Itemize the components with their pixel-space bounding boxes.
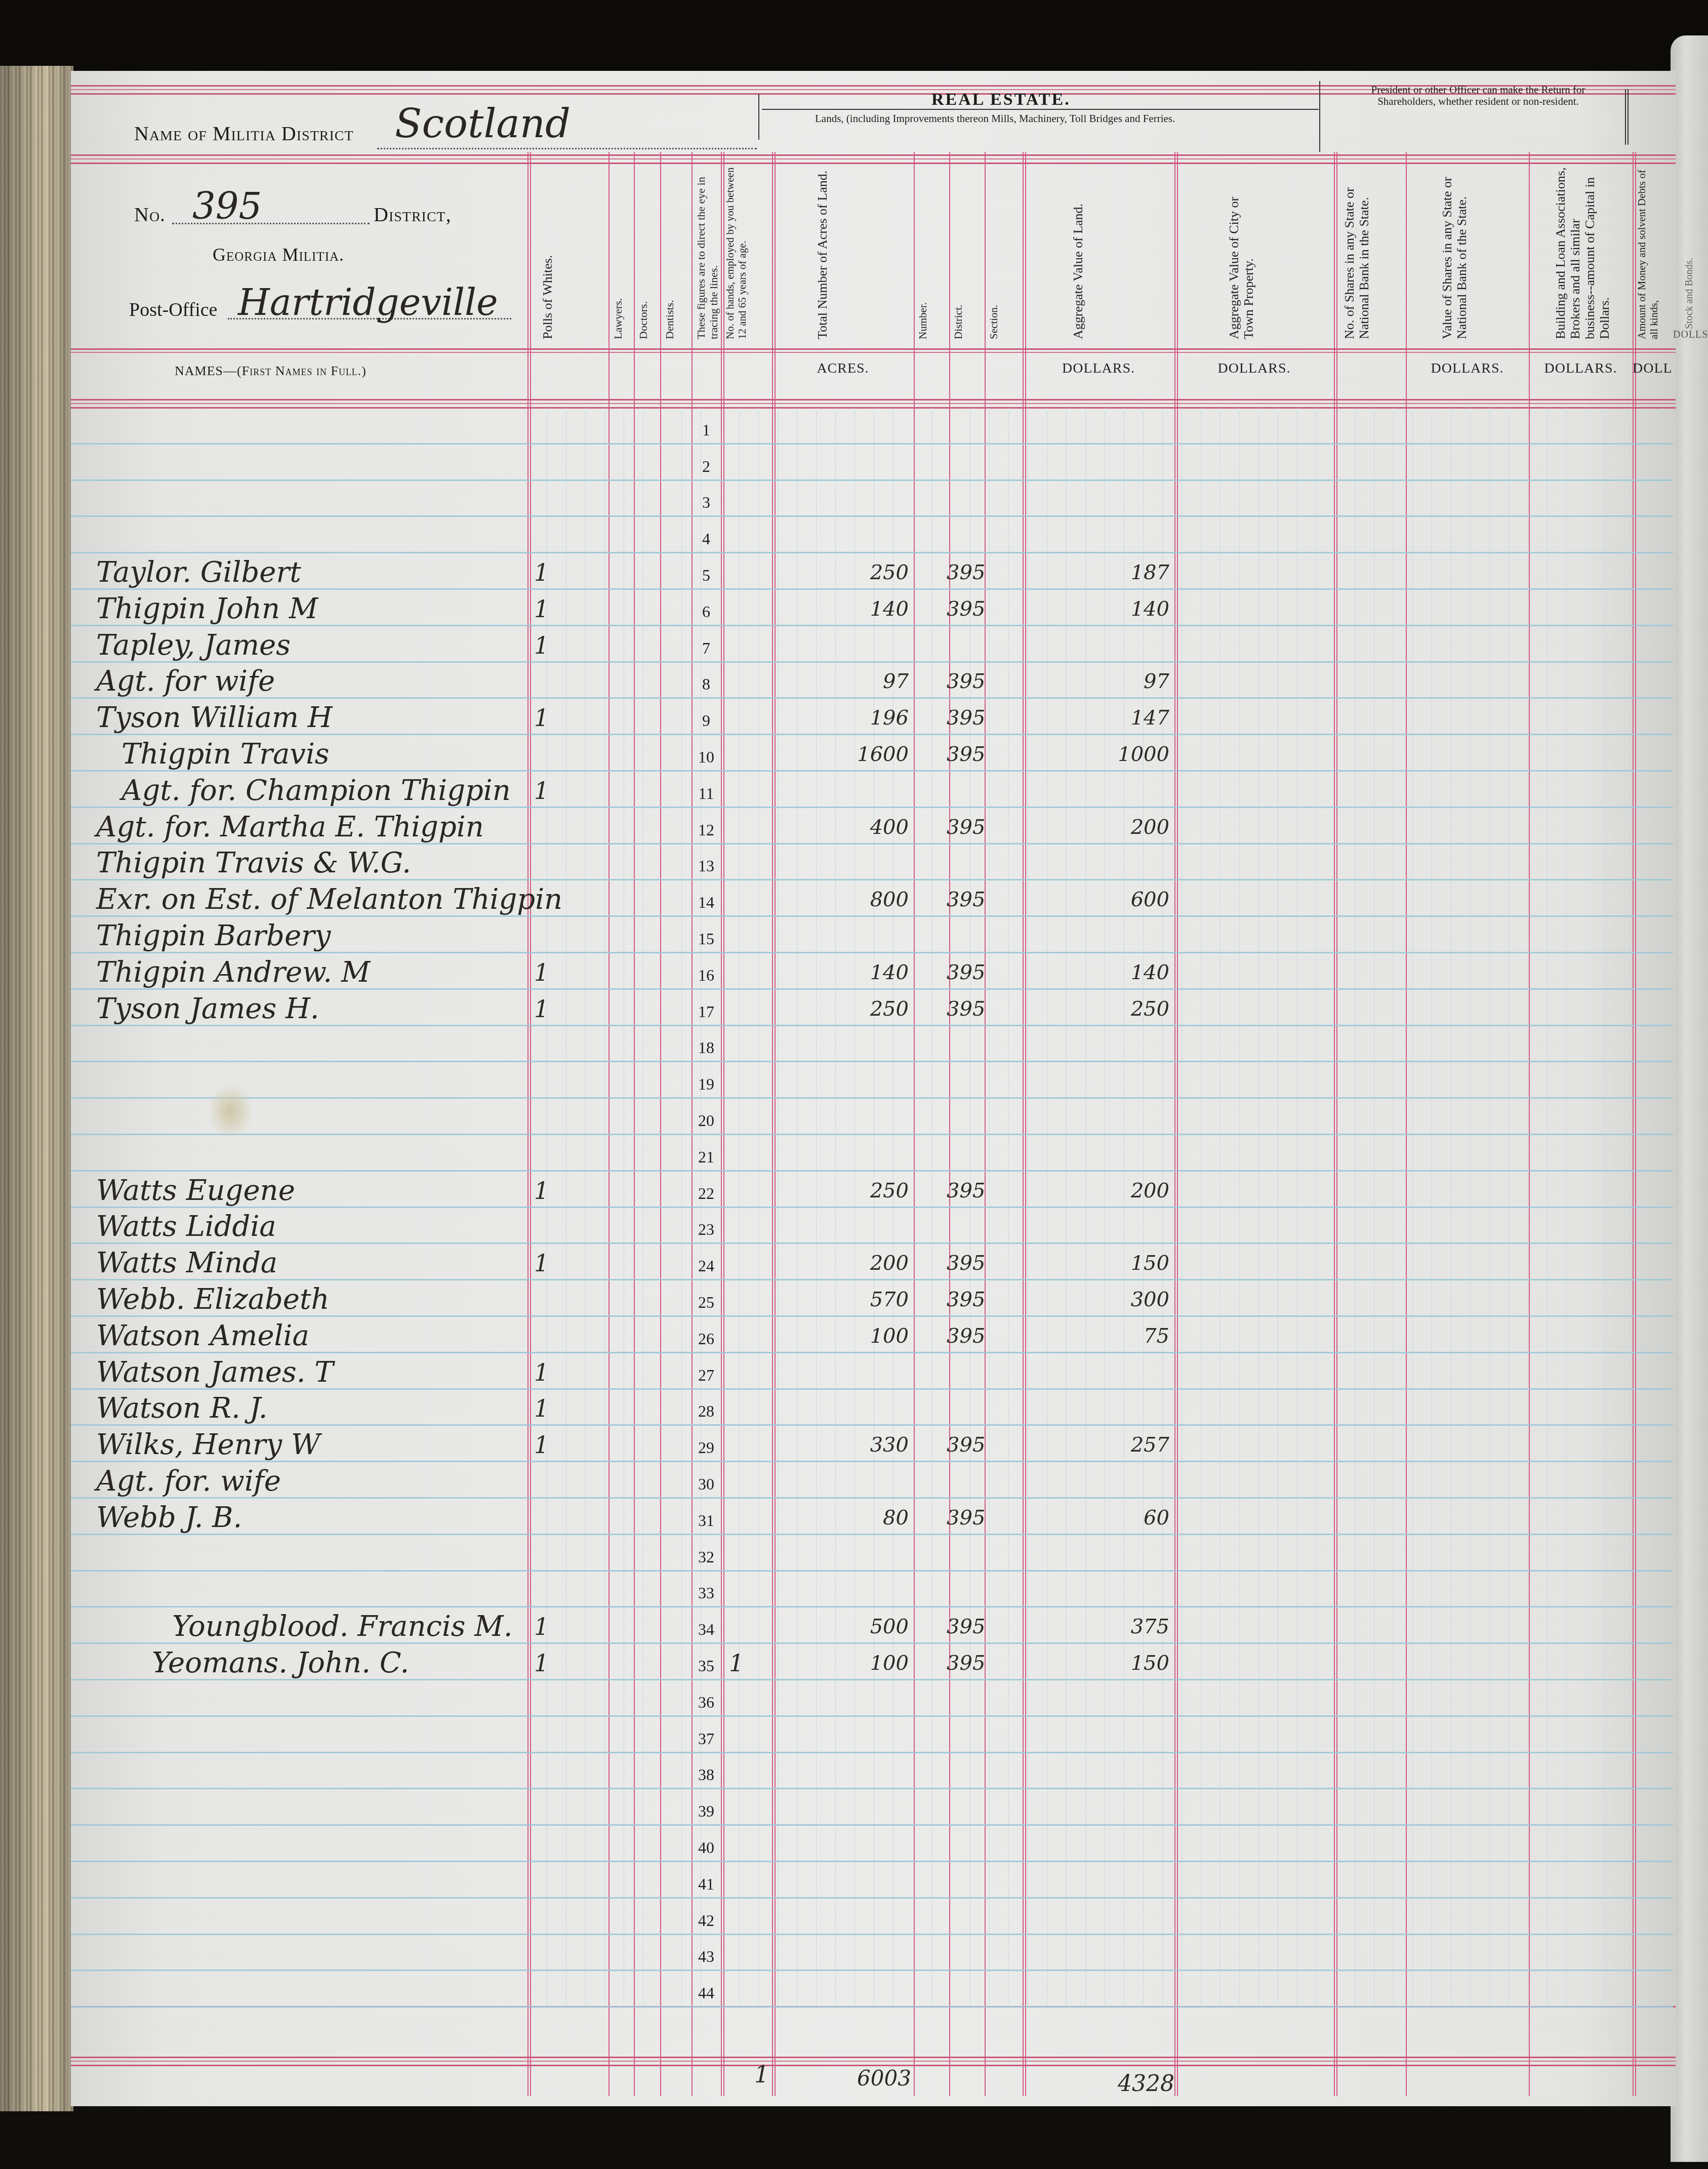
polls-tally: 1 — [534, 995, 549, 1023]
land-value: 187 — [1063, 561, 1169, 584]
acres-value: 250 — [800, 561, 909, 584]
district-value: 395 — [947, 816, 1000, 839]
polls-tally: 1 — [534, 632, 549, 659]
row-number: 3 — [692, 493, 721, 512]
registrant-name: Watts Liddia — [96, 1210, 276, 1243]
row-number: 24 — [692, 1257, 721, 1275]
district-suffix-label: District, — [374, 203, 452, 226]
column-header-polls: Polls of Whites. — [540, 167, 555, 339]
polls-tally: 1 — [534, 595, 549, 623]
rule — [71, 158, 1676, 159]
polls-tally: 1 — [534, 1431, 549, 1459]
shareholders-note: President or other Officer can make the … — [1341, 84, 1615, 107]
district-value: 395 — [947, 1288, 1000, 1311]
row-number: 19 — [692, 1075, 721, 1094]
acres-value: 140 — [800, 961, 909, 984]
row-number: 26 — [692, 1330, 721, 1348]
table-row — [71, 1026, 1673, 1062]
registrant-name: Watson Amelia — [96, 1319, 309, 1352]
column-header-hands: No. of hands, employed by you between 12… — [724, 167, 748, 339]
registrant-name: Thigpin Travis & W.G. — [96, 847, 411, 879]
row-number: 35 — [692, 1657, 721, 1675]
total-land-value: 4328 — [1088, 2071, 1174, 2097]
table-row — [71, 1135, 1673, 1171]
table-row — [71, 1535, 1673, 1571]
real-estate-subtitle: Lands, (including Improvements thereon M… — [815, 112, 1175, 125]
row-number: 29 — [692, 1438, 721, 1457]
total-hands: 1 — [754, 2061, 769, 2088]
land-value: 97 — [1063, 670, 1169, 693]
land-value: 250 — [1063, 997, 1169, 1021]
table-row — [71, 1971, 1673, 2007]
row-number: 21 — [692, 1148, 721, 1167]
district-no-label: No. — [134, 203, 166, 226]
land-value: 147 — [1063, 706, 1169, 730]
militia-district-value: Scotland — [395, 101, 571, 147]
registrant-name: Webb J. B. — [96, 1501, 242, 1534]
row-number: 38 — [692, 1765, 721, 1784]
rule — [71, 163, 1676, 164]
row-number: 25 — [692, 1293, 721, 1312]
table-row — [71, 626, 1673, 662]
names-column-header: NAMES—(First Names in Full.) — [175, 364, 367, 379]
registrant-name: Tyson James H. — [96, 992, 319, 1025]
row-number: 31 — [692, 1511, 721, 1530]
next-page-column-label: Stock and Bonds. — [1682, 162, 1697, 329]
land-value: 200 — [1063, 816, 1169, 839]
registrant-name: Watson James. T — [96, 1356, 334, 1389]
rule — [71, 2057, 1676, 2058]
land-value: 257 — [1063, 1433, 1169, 1457]
row-number: 37 — [692, 1730, 721, 1748]
registrant-name: Agt. for wife — [96, 665, 275, 698]
column-unit-acres: ACRES. — [772, 360, 914, 377]
district-value: 395 — [947, 1506, 1000, 1530]
acres-value: 200 — [800, 1252, 909, 1275]
row-number: 14 — [692, 893, 721, 912]
column-header-district: District. — [952, 167, 964, 339]
table-row — [71, 1389, 1673, 1426]
land-value: 140 — [1063, 597, 1169, 621]
row-number: 18 — [692, 1038, 721, 1057]
column-header-guide: These figures are to direct the eye in t… — [695, 167, 720, 339]
row-number: 8 — [692, 675, 721, 694]
next-page-unit: DOLLS. — [1673, 329, 1703, 341]
row-number: 23 — [692, 1220, 721, 1239]
registrant-name: Agt. for. Champion Thigpin — [121, 774, 511, 807]
acres-value: 196 — [800, 706, 909, 730]
acres-value: 80 — [800, 1506, 909, 1530]
row-number: 20 — [692, 1111, 721, 1130]
column-header-doctors: Doctors. — [637, 167, 649, 339]
row-number: 7 — [692, 639, 721, 658]
page-stack-shadow — [0, 66, 73, 2111]
real-estate-divider — [762, 109, 1319, 110]
land-value: 150 — [1063, 1652, 1169, 1675]
table-row — [71, 1680, 1673, 1716]
registrant-name: Agt. for. wife — [96, 1465, 281, 1498]
column-header-building_loan: Building and Loan Associations, Brokers … — [1553, 167, 1612, 339]
row-number: 5 — [692, 566, 721, 585]
land-value: 75 — [1063, 1324, 1169, 1348]
acres-value: 250 — [800, 997, 909, 1021]
row-number: 36 — [692, 1693, 721, 1712]
acres-value: 500 — [800, 1615, 909, 1638]
district-value: 395 — [947, 1652, 1000, 1675]
row-number: 42 — [692, 1911, 721, 1930]
table-row — [71, 1462, 1673, 1498]
polls-tally: 1 — [534, 1359, 549, 1386]
row-number: 9 — [692, 711, 721, 730]
land-value: 300 — [1063, 1288, 1169, 1311]
registrant-name: Watson R. J. — [96, 1392, 268, 1425]
table-row — [71, 1862, 1673, 1898]
acres-value: 1600 — [800, 743, 909, 766]
column-header-shares_no: No. of Shares in any State or National B… — [1342, 167, 1371, 339]
district-value: 395 — [947, 961, 1000, 984]
column-unit-money: DOLL — [1633, 360, 1671, 377]
total-acres: 6003 — [835, 2066, 911, 2091]
registrant-name: Thigpin Barbery — [96, 919, 331, 952]
registrant-name: Watts Eugene — [96, 1174, 295, 1207]
district-value: 395 — [947, 1433, 1000, 1457]
row-number: 39 — [692, 1802, 721, 1821]
acres-value: 570 — [800, 1288, 909, 1311]
row-number: 11 — [692, 784, 721, 803]
column-header-money: Amount of Money and solvent Debts of all… — [1636, 167, 1660, 339]
hands-tally: 1 — [729, 1650, 744, 1677]
registrant-name: Webb. Elizabeth — [96, 1283, 330, 1316]
acres-value: 97 — [800, 670, 909, 693]
row-number: 28 — [692, 1402, 721, 1421]
table-row — [71, 1789, 1673, 1825]
registrant-name: Yeomans. John. C. — [152, 1646, 409, 1679]
registrant-name: Thigpin John M — [96, 592, 318, 625]
acres-value: 100 — [800, 1652, 909, 1675]
row-number: 4 — [692, 530, 721, 548]
district-value: 395 — [947, 597, 1000, 621]
polls-tally: 1 — [534, 1613, 549, 1640]
banner-rule — [758, 94, 759, 140]
polls-tally: 1 — [534, 559, 549, 586]
district-value: 395 — [947, 706, 1000, 730]
district-value: 395 — [947, 561, 1000, 584]
land-value: 1000 — [1063, 743, 1169, 766]
column-header-acres: Total Number of Acres of Land. — [815, 167, 830, 339]
column-header-shares_value: Value of Shares in any State or National… — [1440, 167, 1469, 339]
column-unit-building_loan: DOLLARS. — [1529, 360, 1633, 377]
rule — [71, 2061, 1676, 2062]
row-number: 10 — [692, 748, 721, 767]
table-row — [71, 408, 1673, 444]
row-number: 15 — [692, 930, 721, 948]
land-value: 150 — [1063, 1252, 1169, 1275]
row-number: 30 — [692, 1475, 721, 1494]
row-number: 34 — [692, 1620, 721, 1639]
row-number: 16 — [692, 966, 721, 985]
row-number: 33 — [692, 1584, 721, 1602]
column-unit-shares_value: DOLLARS. — [1406, 360, 1529, 377]
table-row — [71, 1716, 1673, 1753]
table-row — [71, 1062, 1673, 1098]
polls-tally: 1 — [534, 1250, 549, 1277]
column-header-land_value: Aggregate Value of Land. — [1071, 167, 1085, 339]
post-office-label: Post-Office — [129, 299, 218, 321]
registrant-name: Tyson William H — [96, 701, 333, 734]
column-header-section: Section. — [988, 167, 1000, 339]
row-number: 43 — [692, 1947, 721, 1966]
rule — [71, 352, 1676, 353]
registrant-name: Thigpin Travis — [121, 738, 330, 771]
district-value: 395 — [947, 743, 1000, 766]
table-row — [71, 1898, 1673, 1935]
table-row — [71, 516, 1673, 553]
table-row — [71, 480, 1673, 517]
paper-stain — [208, 1083, 253, 1139]
row-number: 17 — [692, 1002, 721, 1021]
table-row — [71, 444, 1673, 480]
row-number: 1 — [692, 421, 721, 439]
acres-value: 330 — [800, 1433, 909, 1457]
row-number: 41 — [692, 1875, 721, 1894]
land-value: 375 — [1063, 1615, 1169, 1638]
polls-tally: 1 — [534, 959, 549, 986]
polls-tally: 1 — [534, 1650, 549, 1677]
column-header-number: Number. — [917, 167, 929, 339]
column-header-dentists: Dentists. — [663, 167, 676, 339]
table-row — [71, 1935, 1673, 1971]
row-number: 2 — [692, 457, 721, 476]
column-unit-land_value: DOLLARS. — [1023, 360, 1174, 377]
acres-value: 250 — [800, 1179, 909, 1202]
district-value: 395 — [947, 1615, 1000, 1638]
acres-value: 100 — [800, 1324, 909, 1348]
registrant-name: Exr. on Est. of Melanton Thigpin — [96, 883, 562, 916]
registrant-name: Tapley, James — [96, 629, 291, 662]
table-row — [71, 1208, 1673, 1244]
rule — [71, 399, 1676, 400]
table-row — [71, 1571, 1673, 1608]
table-row — [71, 1753, 1673, 1789]
registrant-name: Agt. for. Martha E. Thigpin — [96, 811, 484, 843]
row-number: 22 — [692, 1184, 721, 1203]
column-header-city_value: Aggregate Value of City or Town Property… — [1227, 167, 1256, 339]
row-number: 32 — [692, 1548, 721, 1566]
banner-rule — [1625, 89, 1626, 145]
acres-value: 140 — [800, 597, 909, 621]
banner-rule — [1319, 81, 1320, 152]
next-page-curl — [1671, 35, 1708, 2162]
table-row — [71, 1098, 1673, 1135]
polls-tally: 1 — [534, 1177, 549, 1204]
row-number: 44 — [692, 1984, 721, 2002]
registrant-name: Youngblood. Francis M. — [172, 1610, 512, 1643]
district-value: 395 — [947, 670, 1000, 693]
district-value: 395 — [947, 888, 1000, 911]
district-value: 395 — [947, 1324, 1000, 1348]
state-militia-label: Georgia Militia. — [213, 244, 344, 265]
registrant-name: Watts Minda — [96, 1247, 277, 1279]
land-value: 60 — [1063, 1506, 1169, 1530]
row-number: 13 — [692, 857, 721, 875]
acres-value: 800 — [800, 888, 909, 911]
post-office-value: Hartridgeville — [238, 281, 498, 324]
militia-district-label: Name of Militia District — [134, 122, 354, 145]
column-unit-city_value: DOLLARS. — [1174, 360, 1334, 377]
row-number: 27 — [692, 1366, 721, 1385]
acres-value: 400 — [800, 816, 909, 839]
rule — [71, 154, 1676, 156]
district-value: 395 — [947, 1252, 1000, 1275]
row-number: 40 — [692, 1838, 721, 1857]
registrant-name: Taylor. Gilbert — [96, 556, 301, 589]
polls-tally: 1 — [534, 704, 549, 732]
district-value: 395 — [947, 1179, 1000, 1202]
rule — [71, 403, 1676, 404]
militia-district-line — [377, 148, 757, 149]
book-base-shadow — [0, 2101, 1708, 2169]
polls-tally: 1 — [534, 777, 549, 805]
polls-tally: 1 — [534, 1395, 549, 1422]
district-value: 395 — [947, 997, 1000, 1021]
real-estate-title: REAL ESTATE. — [931, 90, 1071, 109]
row-number: 6 — [692, 602, 721, 621]
row-number: 12 — [692, 821, 721, 839]
registrant-name: Thigpin Andrew. M — [96, 956, 370, 989]
land-value: 140 — [1063, 961, 1169, 984]
column-header-lawyers: Lawyers. — [612, 167, 624, 339]
district-no-value: 395 — [192, 185, 262, 227]
rule — [71, 348, 1676, 350]
registrant-name: Wilks, Henry W — [96, 1428, 320, 1461]
land-value: 600 — [1063, 888, 1169, 911]
table-row — [71, 1825, 1673, 1862]
land-value: 200 — [1063, 1179, 1169, 1202]
